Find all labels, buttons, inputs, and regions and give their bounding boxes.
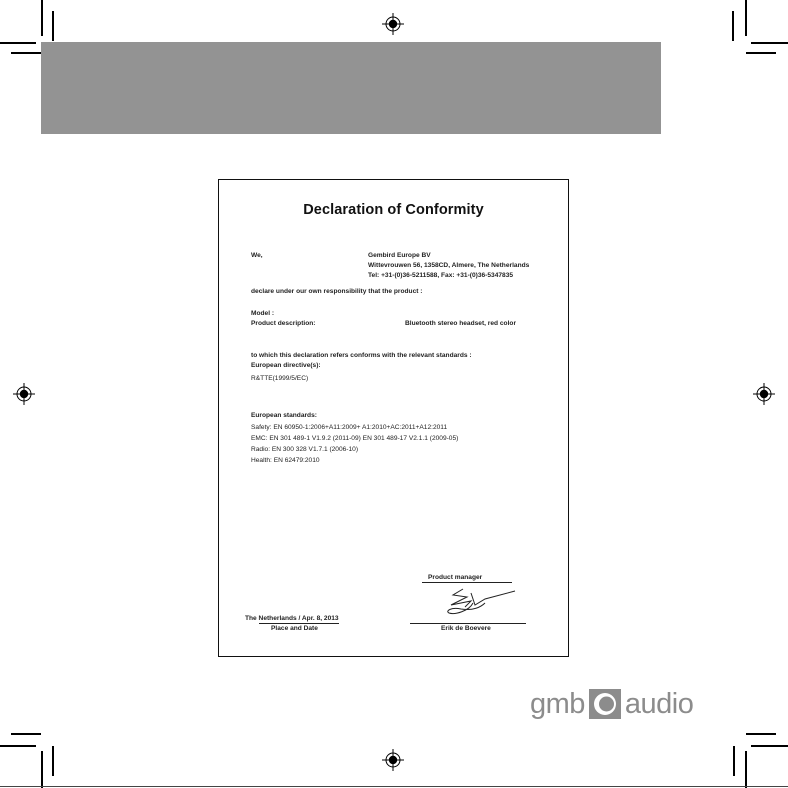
crop-mark — [11, 52, 41, 54]
standard-item: Health: EN 62479:2010 — [251, 457, 320, 465]
standard-item: EMC: EN 301 489-1 V1.9.2 (2011-09) EN 30… — [251, 435, 458, 443]
crop-mark — [751, 745, 788, 747]
place-date-value: The Netherlands / Apr. 8, 2013 — [245, 615, 339, 623]
registration-mark-icon — [753, 383, 775, 405]
product-description-value: Bluetooth stereo headset, red color — [405, 320, 516, 328]
crop-mark — [746, 52, 776, 54]
trim-line — [0, 786, 788, 787]
we-label: We, — [251, 252, 263, 260]
company-contact: Tel: +31-(0)36-5211588, Fax: +31-(0)36-5… — [368, 272, 513, 280]
crop-mark — [733, 746, 735, 776]
place-date-label: Place and Date — [271, 625, 318, 633]
conforms-text: to which this declaration refers conform… — [251, 352, 472, 360]
crop-mark — [11, 733, 41, 735]
directive-item: R&TTE(1999/5/EC) — [251, 375, 308, 383]
crop-mark — [52, 746, 54, 776]
model-label: Model : — [251, 310, 274, 318]
company-name: Gembird Europe BV — [368, 252, 431, 260]
crop-mark — [52, 11, 54, 41]
crop-mark — [745, 0, 747, 36]
product-description-label: Product description: — [251, 320, 315, 328]
speaker-icon — [589, 689, 621, 719]
crop-mark — [0, 42, 36, 44]
declare-text: declare under our own responsibility tha… — [251, 288, 422, 296]
crop-mark — [745, 751, 747, 788]
signer-title-underline — [422, 582, 512, 583]
signature-icon — [411, 585, 521, 621]
registration-mark-icon — [13, 383, 35, 405]
crop-mark — [751, 42, 788, 44]
standards-label: European standards: — [251, 412, 317, 420]
registration-mark-icon — [382, 13, 404, 35]
registration-mark-icon — [382, 749, 404, 771]
crop-mark — [0, 745, 36, 747]
place-date-underline — [259, 623, 339, 624]
signature-underline — [410, 623, 526, 624]
document-title: Declaration of Conformity — [219, 202, 568, 218]
company-address: Wittevrouwen 56, 1358CD, Almere, The Net… — [368, 262, 529, 270]
standard-item: Radio: EN 300 328 V1.7.1 (2006-10) — [251, 446, 358, 454]
logo-word-audio: audio — [625, 689, 693, 719]
crop-mark — [732, 11, 734, 41]
directives-label: European directive(s): — [251, 362, 321, 370]
crop-mark — [746, 733, 776, 735]
declaration-document: Declaration of Conformity We, Gembird Eu… — [218, 179, 569, 657]
signer-title: Product manager — [428, 574, 482, 582]
standard-item: Safety: EN 60950-1:2006+A11:2009+ A1:201… — [251, 424, 447, 432]
header-banner — [41, 42, 661, 134]
signer-name: Erik de Boevere — [441, 625, 491, 633]
crop-mark — [41, 0, 43, 36]
logo-word-gmb: gmb — [530, 689, 585, 719]
gmb-audio-logo: gmb audio — [530, 686, 693, 722]
crop-mark — [41, 751, 43, 788]
